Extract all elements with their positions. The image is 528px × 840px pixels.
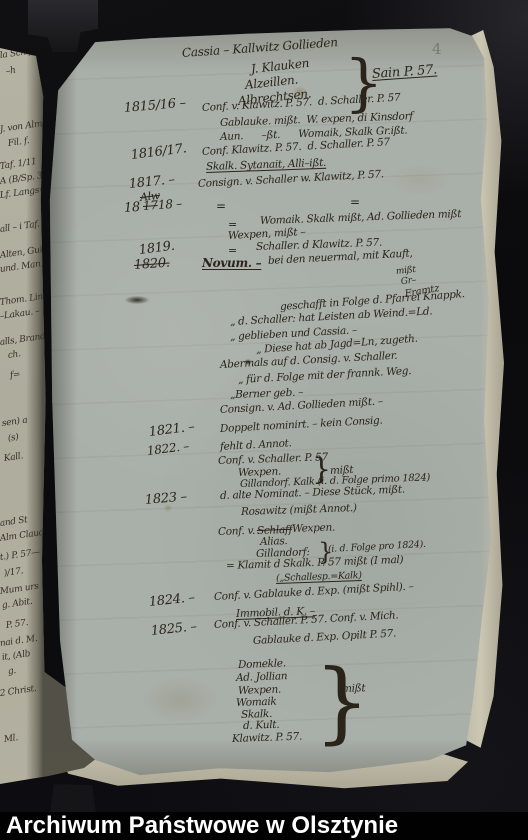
left-page-fragment: J. von Alm [0, 120, 43, 135]
left-page-fragment: –Lakau. – [0, 307, 40, 321]
handwriting-line: 1819. [138, 240, 175, 257]
left-page-fragment: t.) P. 57— [0, 548, 41, 563]
left-page-fragment: Kall. [3, 452, 23, 464]
handwritten-brace: } [314, 658, 370, 746]
handwriting-line: = Klamit d Skalk. P. 57 mißt (I mal) [226, 555, 404, 572]
left-page-fragment: f= [9, 371, 20, 381]
handwriting-line: 1817. – [128, 173, 175, 191]
left-page-fragment: –h [5, 67, 16, 77]
archive-caption-bar: Archiwum Państwowe w Olsztynie [0, 812, 528, 840]
handwriting-line: Conf. v. [218, 526, 255, 538]
handwriting-line: Klawitz. P. 57. [232, 732, 302, 745]
left-page-fragment: ch. [7, 350, 21, 361]
handwriting-line: (i. d. Folge pro 1824). [328, 540, 426, 555]
pencil-page-number: 4 [432, 42, 441, 57]
left-page-fragment: sen) a [1, 416, 28, 428]
handwriting-line: Domekle. [238, 658, 286, 670]
handwriting-line: Novum. – [202, 257, 261, 269]
handwriting-line: 1823 – [144, 490, 187, 507]
left-page-fragment: it, (Alb [1, 650, 30, 663]
handwriting-line: 1815/16 – [123, 97, 186, 115]
left-page-fragment: and St [0, 516, 28, 529]
handwriting-line: Alias. [260, 536, 288, 547]
handwritten-brace: } [318, 540, 333, 564]
handwriting-line: 18 [124, 201, 141, 215]
handwriting-line: Conf. v. Gablauke d. Exp. (mißt Spihl). … [214, 582, 414, 603]
handwriting-line: J. Klauken [250, 57, 309, 75]
handwriting-line: Cassia – Kallwitz Gollieden [182, 36, 338, 59]
handwriting-line: „ für d. Folge mit der frannk. Weg. [238, 366, 412, 386]
left-page-fragment: Mum urs [0, 583, 39, 597]
handwriting-line: Womaik [236, 697, 277, 709]
left-page-fragment: (s) [7, 434, 19, 444]
handwriting-layer: Cassia – Kallwitz GolliedenJ. KlaukenAlz… [0, 0, 528, 840]
book-support-post [50, 784, 96, 814]
handwriting-line: d. Kult. [243, 720, 280, 732]
left-page-fragment: 2 Christ. [0, 685, 37, 699]
manuscript-page: Cassia – Kallwitz GolliedenJ. KlaukenAlz… [36, 26, 498, 792]
left-page-fragment: Fil. f. [7, 137, 30, 149]
handwriting-line: Doppelt nominirt. – kein Consig. [220, 415, 383, 434]
handwriting-line: Womaik. Skalk mißt, Ad. Gollieden mißt [260, 209, 462, 227]
left-page-fragment: alls, Brandt [0, 332, 49, 348]
archive-caption-text: Archiwum Państwowe w Olsztynie [0, 812, 398, 840]
handwriting-line: („Schallesp.=Kalk) [276, 571, 362, 583]
handwriting-line: „ d. Schaller: hat Leisten ab Weind.=Ld. [230, 306, 433, 327]
handwriting-line: 18 – [158, 197, 183, 211]
handwritten-brace: } [312, 455, 331, 485]
handwriting-line: = [228, 245, 237, 256]
handwriting-line: = [350, 196, 360, 208]
handwriting-line: = [216, 200, 226, 212]
handwriting-line: = [228, 219, 237, 230]
archive-scan-viewport: –d.wall—la Schiff..–hJ. von AlmFil. f.Ta… [0, 0, 528, 840]
left-page-fragment: Thom. Link [0, 292, 49, 308]
left-page-fragment: Taf. 1/11 [0, 158, 37, 172]
handwriting-line: 17 [143, 199, 158, 212]
handwriting-line: 1824. – [148, 591, 195, 609]
left-page-fragment: all – i Taf. [0, 220, 40, 234]
left-page-fragment: nai d. M. [0, 635, 38, 649]
handwriting-line: Wexpen. [292, 523, 335, 535]
left-page-fragment: Alm Claud. [0, 528, 47, 543]
handwritten-brace: } [344, 52, 383, 114]
left-page-fragment: Ml. [3, 734, 18, 745]
handwriting-line: 1822. – [146, 440, 189, 457]
handwriting-line: Wexpen. [238, 467, 281, 479]
handwriting-line: Gablauke d. Exp. Opilt P. 57. [253, 629, 397, 647]
left-page-fragment: )/17. [3, 567, 23, 579]
handwriting-line: 1821. – [148, 420, 195, 438]
left-page-fragment: g. Abit. [1, 598, 33, 611]
handwriting-line: Rosawitz (mißt Annot.) [241, 503, 357, 518]
left-page-fragment: g. [7, 667, 16, 677]
left-page-fragment: P. 57. [5, 619, 29, 631]
handwriting-line: Ad. Jollian [236, 671, 288, 683]
handwriting-line: „Berner geb. – [230, 387, 303, 400]
handwriting-line: Gr– [401, 276, 417, 287]
handwriting-line: Skalk. Sytanait, Alli–ißt. [206, 158, 326, 173]
handwriting-line: 1816/17. [130, 142, 187, 162]
handwriting-line: 1825. – [150, 620, 197, 638]
left-page-fragment: und. Man. [0, 260, 44, 275]
handwriting-line: fehlt d. Annot. [220, 438, 292, 452]
handwriting-line: 1820. [134, 257, 171, 272]
